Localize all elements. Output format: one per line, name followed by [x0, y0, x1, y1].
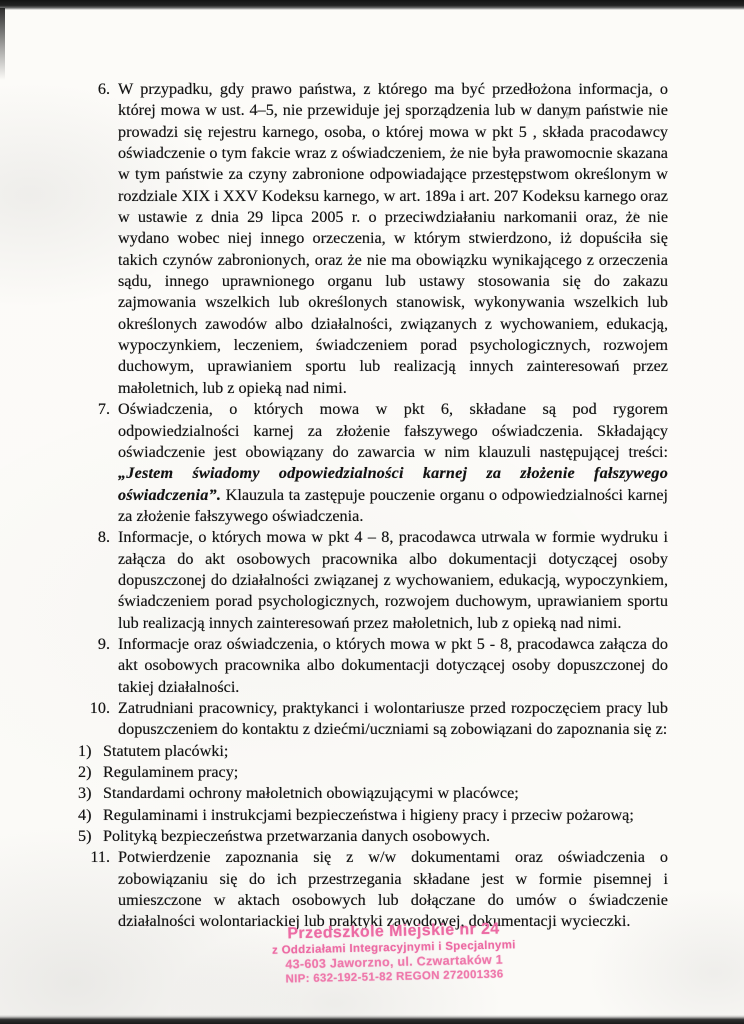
scanned-document-page: 6. W przypadku, gdy prawo państwa, z któ… — [0, 0, 744, 1024]
paragraph-number: 6. — [84, 79, 118, 399]
paragraph-item-10: 10. Zatrudniani pracownicy, praktykanci … — [84, 698, 668, 741]
paragraph-text: Zatrudniani pracownicy, praktykanci i wo… — [118, 698, 668, 741]
sublist-text: Regulaminami i instrukcjami bezpieczeńst… — [103, 805, 668, 826]
paragraph-number: 7. — [84, 399, 118, 527]
paragraph-text: Oświadczenia, o których mowa w pkt 6, sk… — [118, 399, 668, 527]
paragraph-text-before-quote: Oświadczenia, o których mowa w pkt 6, sk… — [118, 400, 668, 461]
scan-edge-bottom — [0, 1015, 744, 1024]
sublist-text: Statutem placówki; — [103, 741, 668, 762]
sublist-item-1: 1) Statutem placówki; — [78, 741, 668, 762]
paragraph-number: 10. — [84, 698, 118, 741]
paragraph-number: 9. — [84, 634, 118, 698]
sublist-item-5: 5) Polityką bezpieczeństwa przetwarzania… — [78, 826, 668, 847]
sublist-number: 3) — [78, 783, 103, 804]
paragraph-text: Informacje, o których mowa w pkt 4 – 8, … — [118, 527, 668, 634]
sublist-item-4: 4) Regulaminami i instrukcjami bezpiecze… — [78, 805, 668, 826]
sublist-number: 1) — [78, 741, 103, 762]
sublist-text: Standardami ochrony małoletnich obowiązu… — [103, 783, 668, 804]
sublist-item-3: 3) Standardami ochrony małoletnich obowi… — [78, 783, 668, 804]
sublist-item-2: 2) Regulaminem pracy; — [78, 762, 668, 783]
paragraph-item-6: 6. W przypadku, gdy prawo państwa, z któ… — [84, 79, 668, 399]
paragraph-text: W przypadku, gdy prawo państwa, z któreg… — [118, 79, 668, 399]
sublist-text: Regulaminem pracy; — [103, 762, 668, 783]
sublist-text: Polityką bezpieczeństwa przetwarzania da… — [103, 826, 668, 847]
paragraph-number: 11. — [84, 847, 118, 932]
sublist-number: 4) — [78, 805, 103, 826]
paragraph-item-9: 9. Informacje oraz oświadczenia, o który… — [84, 634, 668, 698]
paragraph-number: 8. — [84, 527, 118, 634]
sublist-number: 5) — [78, 826, 103, 847]
paragraph-text: Informacje oraz oświadczenia, o których … — [118, 634, 668, 698]
scan-edge-left — [0, 8, 5, 80]
scan-edge-top — [0, 0, 744, 10]
sublist-number: 2) — [78, 762, 103, 783]
paragraph-item-7: 7. Oświadczenia, o których mowa w pkt 6,… — [84, 399, 668, 527]
paragraph-item-8: 8. Informacje, o których mowa w pkt 4 – … — [84, 527, 668, 634]
document-body: 6. W przypadku, gdy prawo państwa, z któ… — [84, 79, 668, 933]
